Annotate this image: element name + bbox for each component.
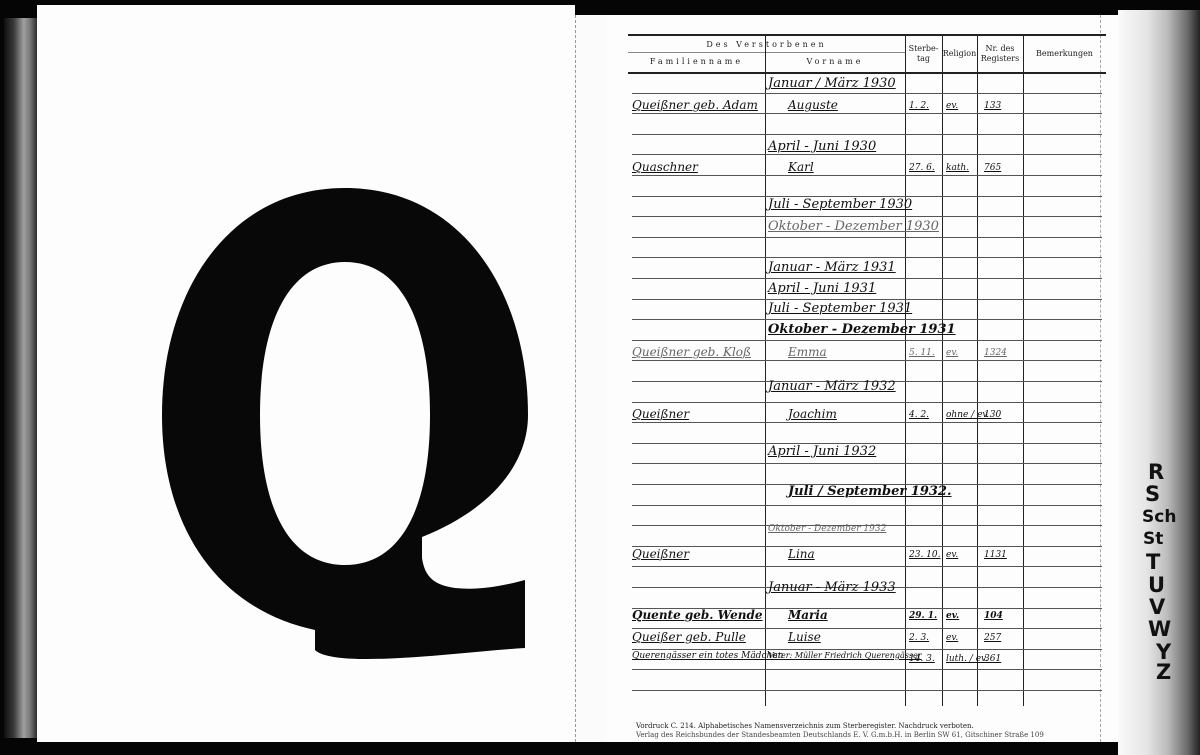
header-sub-rule — [628, 52, 905, 53]
row-rule — [632, 669, 1102, 670]
record-register-number: 361 — [984, 654, 1001, 664]
record-familienname: Queißner — [632, 407, 689, 421]
record-sterbetag: 2. 3. — [909, 633, 929, 643]
thumb-index-tab-r[interactable]: R — [1148, 462, 1164, 483]
record-religion: kath. — [946, 163, 969, 173]
row-rule — [632, 649, 1102, 650]
form-footer-imprint: Vordruck C. 214. Alphabetisches Namensve… — [636, 722, 974, 730]
book-edge-left — [4, 18, 37, 738]
record-vorname: Maria — [788, 608, 828, 622]
record-sterbetag: 23. 10. — [909, 550, 941, 560]
record-religion: ohne / ev. — [946, 410, 989, 420]
record-vorname: Emma — [788, 345, 827, 359]
period-heading: Juli / September 1932. — [788, 484, 952, 499]
column-rule — [977, 36, 978, 706]
period-heading: Oktober - Dezember 1930 — [768, 219, 939, 234]
period-heading: Oktober - Dezember 1932 — [768, 524, 886, 534]
row-rule — [632, 422, 1102, 423]
record-religion: luth. / ev. — [946, 654, 988, 664]
page-fold-line — [1100, 15, 1101, 742]
period-heading: Januar - März 1933 — [768, 580, 896, 595]
record-familienname: Queißner — [632, 547, 689, 561]
period-heading: Januar - März 1932 — [768, 379, 896, 394]
row-rule — [632, 216, 1102, 217]
period-heading: Oktober - Dezember 1931 — [768, 322, 956, 337]
period-heading: April - Juni 1931 — [768, 281, 876, 296]
period-heading: Januar / März 1930 — [768, 76, 896, 91]
record-vorname: Karl — [788, 160, 814, 174]
record-vorname: Joachim — [788, 407, 837, 421]
record-vorname: Lina — [788, 547, 815, 561]
record-familienname: Querengässer ein totes Mädchen — [632, 651, 783, 661]
record-religion: ev. — [946, 348, 958, 358]
row-rule — [632, 93, 1102, 94]
record-familienname: Queißner geb. Adam — [632, 98, 758, 112]
record-familienname: Quaschner — [632, 160, 698, 174]
record-sterbetag: 1. 2. — [909, 101, 929, 111]
record-register-number: 104 — [984, 611, 1003, 621]
period-heading: Juli - September 1930 — [768, 197, 912, 212]
record-sterbetag: 14. 3. — [909, 654, 935, 664]
header-religion: Religion — [942, 36, 977, 72]
header-bemerkungen: Bemerkungen — [1023, 36, 1106, 72]
thumb-index-tab-sch[interactable]: Sch — [1142, 507, 1176, 528]
thumb-index-tab-t[interactable]: T — [1146, 552, 1160, 573]
header-familienname: Familienname — [628, 57, 765, 66]
record-sterbetag: 27. 6. — [909, 163, 935, 173]
row-rule — [632, 257, 1102, 258]
thumb-index-tab-v[interactable]: V — [1149, 597, 1165, 618]
thumb-index-tab-s[interactable]: S — [1145, 484, 1160, 505]
record-register-number: 133 — [984, 101, 1001, 111]
thumb-index-tab-z[interactable]: Z — [1156, 662, 1171, 683]
row-rule — [632, 237, 1102, 238]
column-rule — [1023, 36, 1024, 706]
row-rule — [632, 402, 1102, 403]
record-religion: ev. — [946, 101, 958, 111]
row-rule — [632, 546, 1102, 547]
row-rule — [632, 463, 1102, 464]
row-rule — [632, 175, 1102, 176]
record-religion: ev. — [946, 550, 958, 560]
column-rule — [765, 36, 766, 706]
record-sterbetag: 29. 1. — [909, 611, 937, 621]
row-rule — [632, 134, 1102, 135]
row-rule — [632, 690, 1102, 691]
row-rule — [632, 319, 1102, 320]
book-gutter — [575, 15, 607, 742]
form-footer-publisher: Verlag des Reichsbundes der Standesbeamt… — [636, 731, 1044, 739]
thumb-index-tab-st[interactable]: St — [1143, 529, 1163, 550]
record-vorname: Vater: Müller Friedrich Querengässer — [768, 651, 922, 660]
row-rule — [632, 113, 1102, 114]
index-letter-q: Q — [150, 180, 540, 660]
record-familienname: Queißer geb. Pulle — [632, 630, 746, 644]
header-bottom-rule — [628, 72, 1106, 74]
row-rule — [632, 299, 1102, 300]
record-register-number: 257 — [984, 633, 1001, 643]
period-heading: April - Juni 1930 — [768, 139, 876, 154]
header-vorname: Vorname — [765, 57, 905, 66]
record-register-number: 130 — [984, 410, 1001, 420]
period-heading: Juli - September 1931 — [768, 301, 912, 316]
record-religion: ev. — [946, 611, 959, 621]
row-rule — [632, 360, 1102, 361]
row-rule — [632, 340, 1102, 341]
period-heading: Januar - März 1931 — [768, 260, 896, 275]
row-rule — [632, 505, 1102, 506]
header-register-number: Nr. des Registers — [977, 36, 1023, 72]
record-register-number: 1324 — [984, 348, 1007, 358]
column-rule — [905, 36, 906, 706]
record-register-number: 765 — [984, 163, 1001, 173]
record-religion: ev. — [946, 633, 958, 643]
record-familienname: Queißner geb. Kloß — [632, 345, 751, 359]
row-rule — [632, 154, 1102, 155]
row-rule — [632, 566, 1102, 567]
record-familienname: Quente geb. Wende — [632, 608, 763, 622]
record-vorname: Luise — [788, 630, 821, 644]
thumb-index-tab-u[interactable]: U — [1148, 575, 1165, 596]
column-rule — [942, 36, 943, 706]
record-register-number: 1131 — [984, 550, 1007, 560]
period-heading: April - Juni 1932 — [768, 444, 876, 459]
header-sterbetag: Sterbe-tag — [905, 36, 942, 72]
record-vorname: Auguste — [788, 98, 838, 112]
record-sterbetag: 4. 2. — [909, 410, 929, 420]
thumb-index-tab-w[interactable]: W — [1148, 619, 1171, 640]
header-group-deceased: Des Verstorbenen — [628, 40, 905, 49]
row-rule — [632, 278, 1102, 279]
record-sterbetag: 5. 11. — [909, 348, 935, 358]
